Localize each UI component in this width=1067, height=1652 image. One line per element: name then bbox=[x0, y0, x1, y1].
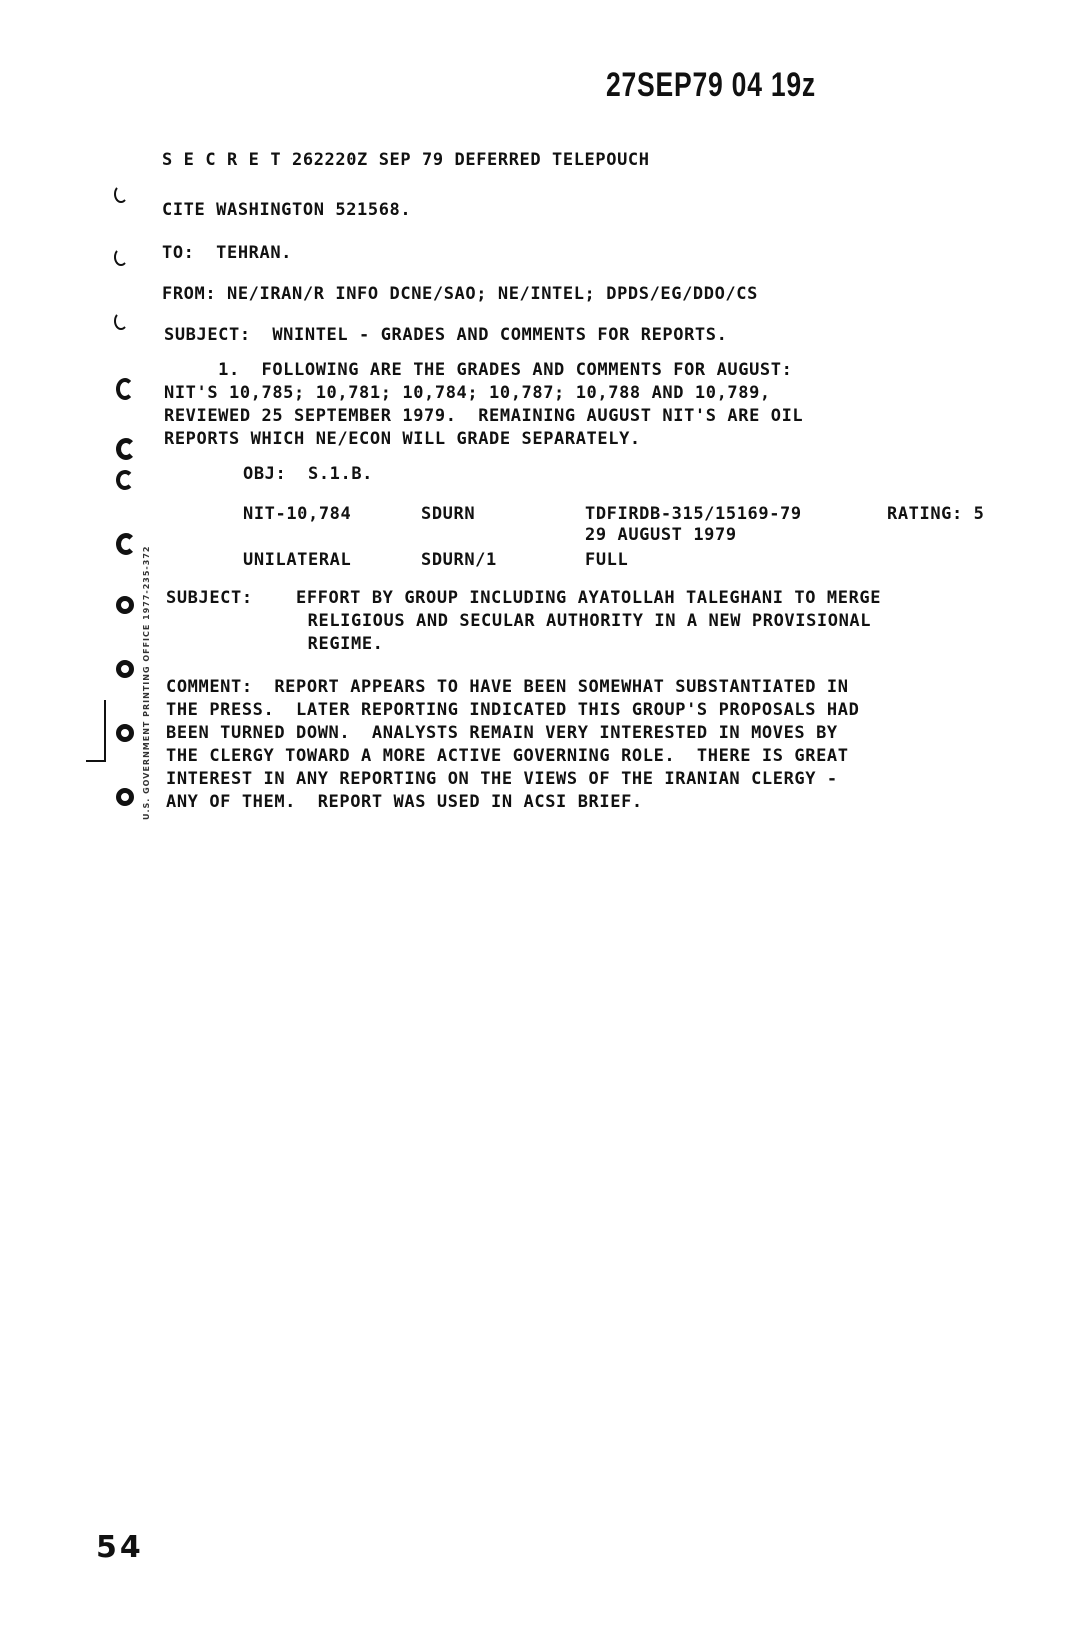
margin-imprint: U.S. GOVERNMENT PRINTING OFFICE 1977-235… bbox=[142, 330, 154, 820]
paragraph-1-line-2: NIT'S 10,785; 10,781; 10,784; 10,787; 10… bbox=[164, 383, 771, 403]
to-line: TO: TEHRAN. bbox=[162, 243, 292, 263]
comment-line-3: BEEN TURNED DOWN. ANALYSTS REMAIN VERY I… bbox=[166, 723, 838, 743]
report-date: 29 AUGUST 1979 bbox=[585, 525, 737, 545]
punch-hole-mark bbox=[116, 470, 134, 490]
comment-line-5: INTEREST IN ANY REPORTING ON THE VIEWS O… bbox=[166, 769, 838, 789]
cite-line: CITE WASHINGTON 521568. bbox=[162, 200, 411, 220]
page-number: 54 bbox=[96, 1530, 144, 1565]
paragraph-1-line-1: 1. FOLLOWING ARE THE GRADES AND COMMENTS… bbox=[164, 360, 792, 380]
report-type: UNILATERAL bbox=[243, 550, 351, 570]
comment-line-6: ANY OF THEM. REPORT WAS USED IN ACSI BRI… bbox=[166, 792, 643, 812]
punch-hole-mark bbox=[116, 533, 136, 555]
subject-line: SUBJECT: WNINTEL - GRADES AND COMMENTS F… bbox=[164, 325, 727, 345]
received-timestamp-stamp: 27SEP79 04 19z bbox=[606, 66, 816, 105]
punch-hole-mark bbox=[116, 788, 134, 806]
punch-hole-mark bbox=[114, 248, 128, 266]
punch-hole-mark bbox=[116, 378, 134, 400]
from-line: FROM: NE/IRAN/R INFO DCNE/SAO; NE/INTEL;… bbox=[162, 284, 758, 304]
report-id: TDFIRDB-315/15169-79 bbox=[585, 504, 802, 524]
objective-line: OBJ: S.1.B. bbox=[243, 464, 373, 484]
report-source: SDURN bbox=[421, 504, 475, 524]
report-subject-label: SUBJECT: bbox=[166, 588, 253, 608]
punch-hole-mark bbox=[116, 660, 134, 678]
comment-line-2: THE PRESS. LATER REPORTING INDICATED THI… bbox=[166, 700, 859, 720]
report-subject-line-1: EFFORT BY GROUP INCLUDING AYATOLLAH TALE… bbox=[296, 588, 881, 608]
report-coverage: FULL bbox=[585, 550, 628, 570]
punch-hole-mark bbox=[114, 185, 128, 203]
report-source-sub: SDURN/1 bbox=[421, 550, 497, 570]
paragraph-1-line-4: REPORTS WHICH NE/ECON WILL GRADE SEPARAT… bbox=[164, 429, 641, 449]
punch-hole-mark bbox=[116, 438, 136, 460]
report-rating: RATING: 5 bbox=[887, 504, 985, 524]
punch-hole-mark bbox=[116, 724, 134, 742]
classification-line: S E C R E T 262220Z SEP 79 DEFERRED TELE… bbox=[162, 150, 650, 170]
report-subject-line-2: RELIGIOUS AND SECULAR AUTHORITY IN A NEW… bbox=[286, 611, 871, 631]
comment-line-1: COMMENT: REPORT APPEARS TO HAVE BEEN SOM… bbox=[166, 677, 849, 697]
comment-line-4: THE CLERGY TOWARD A MORE ACTIVE GOVERNIN… bbox=[166, 746, 849, 766]
nit-number: NIT-10,784 bbox=[243, 504, 351, 524]
margin-mark bbox=[86, 760, 106, 762]
punch-hole-mark bbox=[114, 312, 128, 330]
margin-mark bbox=[104, 700, 106, 760]
punch-hole-mark bbox=[116, 596, 134, 614]
paragraph-1-line-3: REVIEWED 25 SEPTEMBER 1979. REMAINING AU… bbox=[164, 406, 803, 426]
report-subject-line-3: REGIME. bbox=[286, 634, 384, 654]
